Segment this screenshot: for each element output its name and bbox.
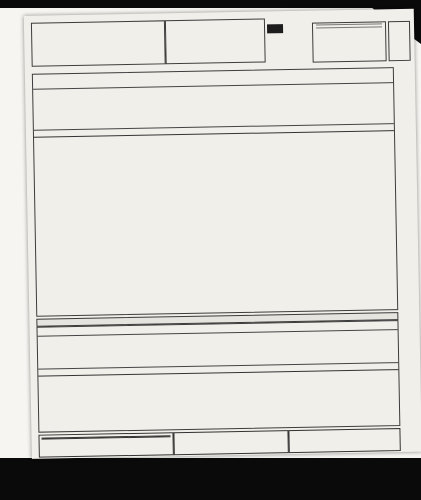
place-info-box [165, 18, 266, 64]
footer-right-note [291, 430, 397, 432]
column-headers [33, 83, 394, 131]
footer-reminders-box [38, 432, 173, 457]
band-sample-14-over [230, 323, 399, 326]
enumeration-date [316, 23, 382, 25]
band-all-ages [38, 326, 231, 330]
footer-totals-box [173, 430, 288, 455]
band-persons-14-over [262, 74, 395, 76]
enumeration-stamp [267, 24, 283, 33]
census-form-sheet [24, 9, 421, 459]
geo-info-box [31, 20, 166, 66]
census-use-cells [42, 436, 171, 448]
sample-table [36, 320, 400, 433]
enumerator-signature [316, 26, 382, 28]
footer-middle-title [176, 432, 285, 434]
sheet-number-box [388, 21, 411, 61]
band-all-persons [86, 75, 262, 78]
enumerator-box [312, 21, 387, 62]
population-table [32, 67, 398, 317]
scanned-census-page [0, 0, 421, 500]
band-head-of-household [33, 75, 86, 76]
footer-note-box [288, 428, 400, 453]
